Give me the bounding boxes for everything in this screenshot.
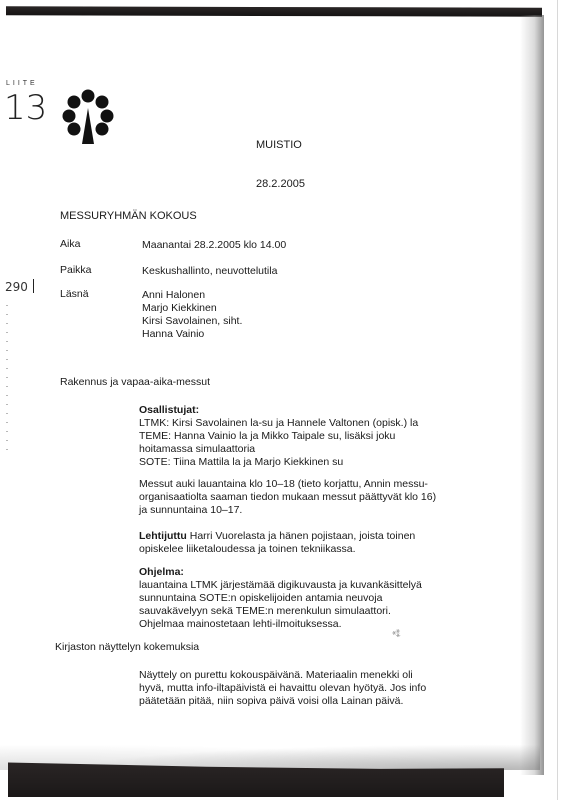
section-heading: Rakennus ja vapaa-aika-messut bbox=[60, 376, 210, 390]
participants-line: hoitamassa simulaattoria bbox=[139, 443, 255, 457]
attendee: Kirsi Savolainen, siht. bbox=[142, 315, 242, 329]
organization-logo-icon bbox=[60, 88, 116, 146]
scan-right-shadow bbox=[520, 15, 544, 775]
meeting-title: MESSURYHMÄN KOKOUS bbox=[60, 210, 197, 224]
article-line: opiskelee liiketaloudessa ja toinen tekn… bbox=[139, 543, 356, 557]
program-label: Ohjelma: bbox=[139, 566, 184, 580]
attendee: Marjo Kiekkinen bbox=[142, 302, 217, 316]
attachment-label: LIITE bbox=[6, 80, 38, 87]
participants-line: SOTE: Tiina Mattila la ja Marjo Kiekkine… bbox=[139, 456, 343, 470]
hours-line: Messut auki lauantaina klo 10–18 (tieto … bbox=[139, 478, 428, 492]
program-line: lauantaina LTMK järjestämää digikuvausta… bbox=[139, 579, 422, 593]
participants-line: TEME: Hanna Vainio la ja Mikko Taipale s… bbox=[139, 430, 395, 444]
field-label-place: Paikka bbox=[60, 264, 92, 278]
scan-right-edge bbox=[557, 0, 558, 800]
hours-line: organisaatiolta saaman tiedon mukaan mes… bbox=[139, 491, 436, 505]
section-heading: Kirjaston näyttelyn kokemuksia bbox=[55, 641, 199, 655]
body-line: Näyttely on purettu kokouspäivänä. Mater… bbox=[139, 669, 413, 683]
participants-label: Osallistujat: bbox=[139, 404, 199, 418]
body-line: hyvä, mutta info-iltapäivistä ei havaitt… bbox=[139, 682, 426, 696]
scan-smudge: ⁂ bbox=[390, 626, 403, 640]
margin-mark bbox=[33, 279, 34, 293]
document-date: 28.2.2005 bbox=[256, 178, 305, 192]
attachment-number: 13 bbox=[4, 88, 47, 128]
body-line: päätetään pitää, niin sopiva päivä voisi… bbox=[139, 695, 403, 709]
participants-line: LTMK: Kirsi Savolainen la-su ja Hannele … bbox=[139, 417, 418, 431]
field-label-time: Aika bbox=[60, 238, 80, 252]
hours-line: ja sunnuntaina 10–17. bbox=[139, 504, 242, 518]
scan-top-border bbox=[6, 6, 542, 16]
attendee: Anni Halonen bbox=[142, 289, 205, 303]
field-label-present: Läsnä bbox=[60, 288, 89, 302]
margin-page-number: 290 bbox=[5, 280, 28, 294]
program-line: sunnuntaina SOTE:n opiskelijoiden antami… bbox=[139, 592, 382, 606]
program-line: Ohjelmaa mainostetaan lehti-ilmoituksess… bbox=[139, 618, 342, 632]
document-type: MUISTIO bbox=[256, 139, 302, 153]
article-text: Harri Vuorelasta ja hänen pojistaan, joi… bbox=[187, 530, 415, 542]
article-line: Lehtijuttu Harri Vuorelasta ja hänen poj… bbox=[139, 530, 415, 544]
margin-punch-marks bbox=[6, 305, 8, 455]
attendee: Hanna Vainio bbox=[142, 328, 204, 342]
article-label: Lehtijuttu bbox=[139, 530, 187, 542]
field-value-place: Keskushallinto, neuvottelutila bbox=[142, 265, 277, 279]
field-value-time: Maanantai 28.2.2005 klo 14.00 bbox=[142, 239, 286, 253]
program-line: sauvakävelyyn sekä TEME:n merenkulun sim… bbox=[139, 605, 391, 619]
